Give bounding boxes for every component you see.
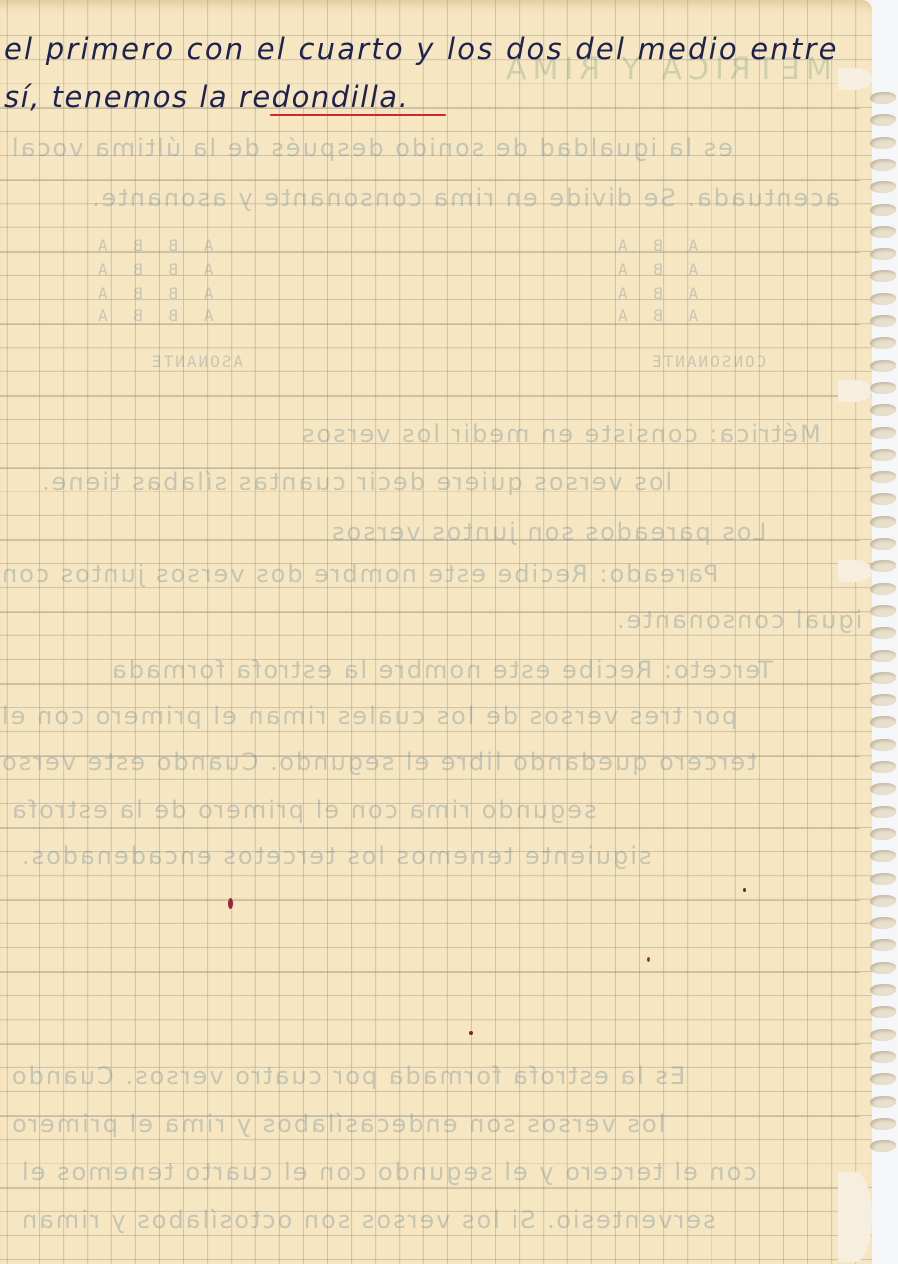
line-2-text: sí, tenemos la	[4, 80, 239, 114]
spiral-hole	[870, 939, 896, 951]
rhyme-scheme-left: A B B A	[90, 306, 213, 325]
bleed-label: ASONANTE	[150, 352, 243, 371]
spiral-hole	[870, 694, 896, 706]
spiral-hole	[870, 137, 896, 149]
ink-mark	[469, 1031, 473, 1035]
ink-mark	[647, 957, 650, 962]
rhyme-scheme-right: A B A	[610, 306, 698, 325]
spiral-hole	[870, 270, 896, 282]
spiral-hole	[870, 1140, 896, 1152]
spiral-hole	[870, 583, 896, 595]
ruled-line	[0, 1044, 860, 1045]
ink-mark	[743, 888, 746, 892]
spiral-hole	[870, 404, 896, 416]
ruled-line	[0, 972, 860, 973]
bleed-line: acentuada. Se divide en rima consonante …	[90, 184, 840, 212]
ruled-line	[0, 396, 860, 397]
notebook-page: METRICA Y RIMA es la igualdad de sonido …	[0, 0, 872, 1264]
spiral-hole	[870, 917, 896, 929]
spiral-hole	[870, 560, 896, 572]
spiral-hole	[870, 1006, 896, 1018]
spiral-hole	[870, 1029, 896, 1041]
spiral-hole	[870, 761, 896, 773]
spiral-hole	[870, 873, 896, 885]
spiral-hole	[870, 360, 896, 372]
handwritten-line-1: el primero con el cuarto y los dos del m…	[4, 32, 839, 66]
spiral-hole	[870, 159, 896, 171]
bleed-line: segundo rima con el primero de la estrof…	[10, 796, 597, 824]
rhyme-scheme-right: A B A	[610, 236, 698, 255]
spiral-hole	[870, 248, 896, 260]
spiral-hole	[870, 538, 896, 550]
bleed-line: Métrica: consiste en medir los versos	[300, 420, 821, 448]
torn-edge	[838, 560, 872, 582]
spiral-hole	[870, 92, 896, 104]
spiral-hole	[870, 516, 896, 528]
handwritten-line-2: sí, tenemos la redondilla.	[4, 80, 409, 114]
rhyme-scheme-right: A B A	[610, 284, 698, 303]
bleed-line: por tres versos de los cuales riman el p…	[0, 702, 737, 730]
spiral-hole	[870, 850, 896, 862]
spiral-hole	[870, 962, 896, 974]
bleed-line: con el tercero y el segundo con el cuart…	[20, 1158, 757, 1186]
ruled-line	[0, 900, 860, 901]
rhyme-scheme-left: A B B A	[90, 236, 213, 255]
torn-edge	[838, 1172, 872, 1262]
spiral-hole	[870, 895, 896, 907]
spiral-hole	[870, 716, 896, 728]
spiral-hole	[870, 1096, 896, 1108]
spiral-hole	[870, 783, 896, 795]
ruled-line	[0, 1188, 860, 1189]
spiral-hole	[870, 1073, 896, 1085]
bleed-line: serventesio. Si los versos son octosílab…	[20, 1206, 716, 1234]
spiral-hole	[870, 806, 896, 818]
bleed-label: CONSONANTE	[650, 352, 766, 371]
bleed-line: los versos son endecasílabos y rima el p…	[10, 1110, 665, 1138]
bleed-line: siguiente tenemos los tercetos encadenad…	[20, 842, 651, 870]
rhyme-scheme-left: A B B A	[90, 260, 213, 279]
spiral-hole	[870, 1051, 896, 1063]
spiral-hole	[870, 493, 896, 505]
rhyme-scheme-right: A B A	[610, 260, 698, 279]
bleed-line: Terceto: Recibe este nombre la estrofa f…	[110, 656, 773, 684]
spiral-hole	[870, 293, 896, 305]
torn-edge	[838, 380, 872, 402]
spiral-hole	[870, 627, 896, 639]
spiral-hole	[870, 449, 896, 461]
spiral-hole	[870, 672, 896, 684]
bleed-line: Pareado: Recibe este nombre dos versos j…	[0, 560, 718, 588]
spiral-hole	[870, 181, 896, 193]
bleed-line: tercero quedando libre el segundo. Cuand…	[0, 748, 757, 776]
spiral-hole	[870, 382, 896, 394]
bleed-line: Es la estrofa formada por cuatro versos.…	[10, 1062, 685, 1090]
spiral-hole	[870, 427, 896, 439]
spiral-hole	[870, 226, 896, 238]
spiral-hole	[870, 650, 896, 662]
spiral-hole	[870, 471, 896, 483]
period: .	[399, 80, 410, 114]
spiral-hole	[870, 114, 896, 126]
red-underline	[270, 114, 446, 116]
spiral-hole	[870, 984, 896, 996]
bleed-line: igual consonante.	[615, 606, 862, 634]
ruled-line	[0, 828, 860, 829]
spiral-hole	[870, 605, 896, 617]
bleed-line: es la igualdad de sonido después de la ú…	[10, 134, 733, 162]
spiral-hole	[870, 204, 896, 216]
spiral-hole	[870, 337, 896, 349]
spiral-hole	[870, 315, 896, 327]
ruled-line	[0, 684, 860, 685]
ink-mark	[228, 898, 233, 909]
redondilla-term: redondilla	[239, 80, 399, 114]
bleed-line: los versos quiere decir cuantas sílabas …	[40, 468, 672, 496]
bleed-line: Los pareados son juntos versos	[330, 518, 766, 546]
torn-edge	[838, 68, 872, 90]
rhyme-scheme-left: A B B A	[90, 284, 213, 303]
ruled-line	[0, 180, 860, 181]
spiral-hole	[870, 828, 896, 840]
spiral-hole	[870, 1118, 896, 1130]
spiral-hole	[870, 739, 896, 751]
